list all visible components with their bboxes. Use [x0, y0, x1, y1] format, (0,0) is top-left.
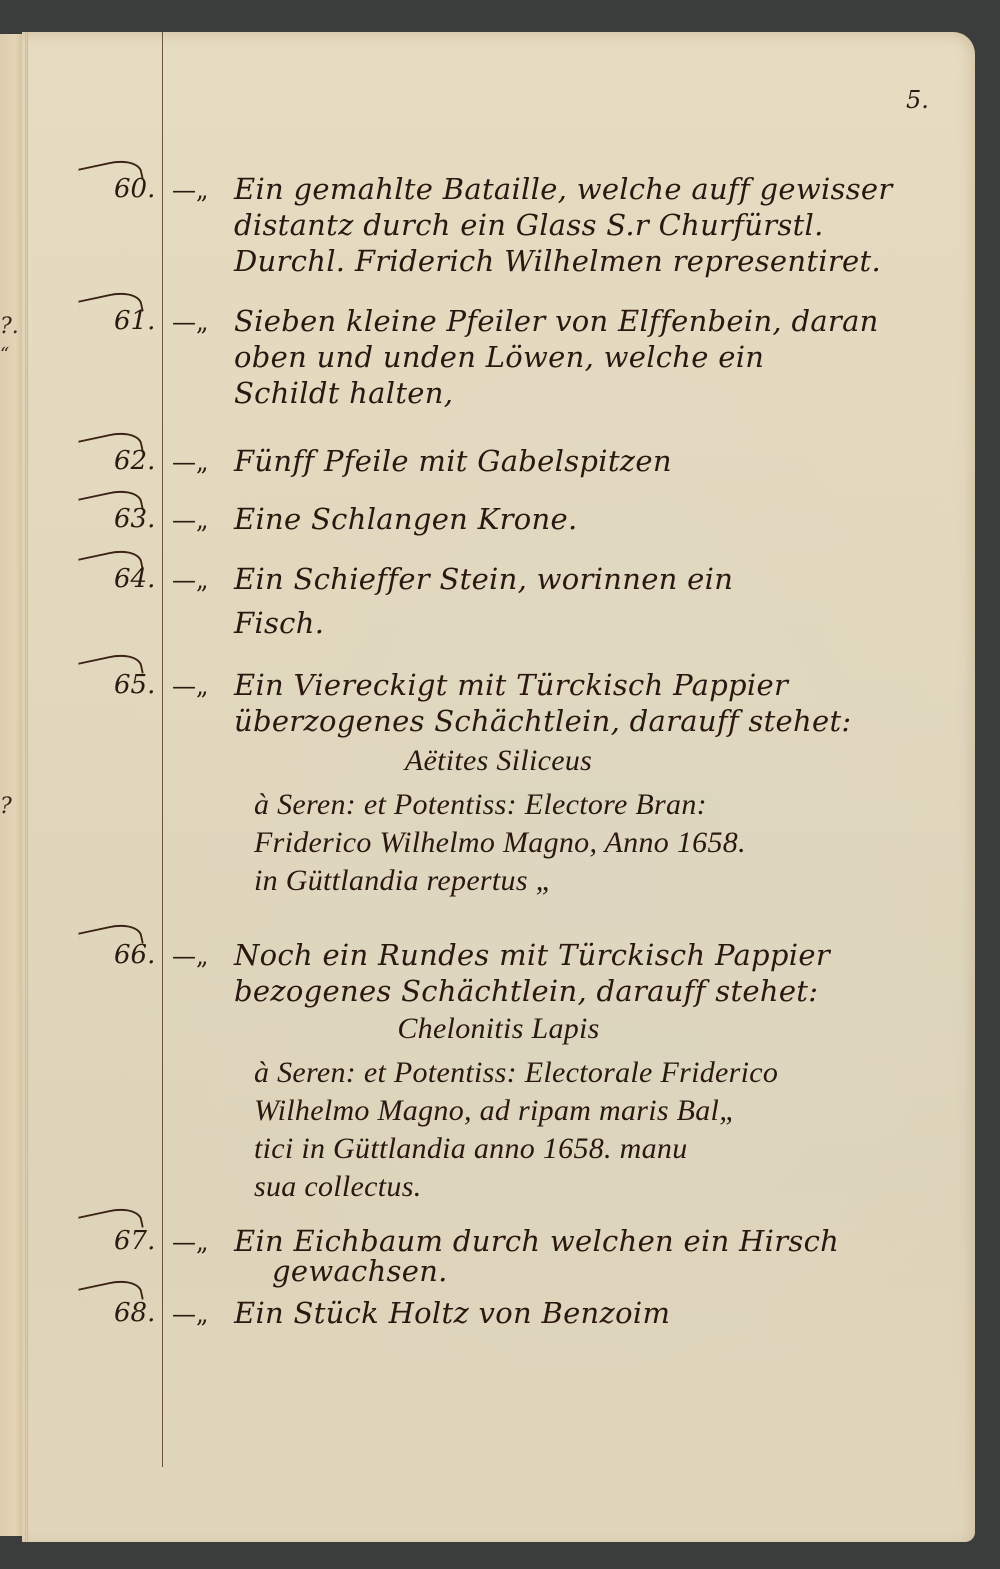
inscription-line: Friderico Wilhelmo Magno, Anno 1658. [254, 826, 746, 860]
entry-line: bezogenes Schächtlein, darauff stehet: [234, 974, 818, 1008]
entry-line: Ein Stück Holtz von Benzoim [234, 1296, 670, 1330]
entry-dash: —„ [172, 1228, 208, 1256]
entry-dash: —„ [172, 672, 208, 700]
entry-number: 68. [114, 1298, 155, 1328]
entry-line: Ein Viereckigt mit Türckisch Pappier [234, 668, 788, 702]
entry-dash: —„ [172, 308, 208, 336]
entry-number: 66. [114, 940, 155, 970]
inscription-title: Aëtites Siliceus [22, 744, 975, 778]
entry-line: Sieben kleine Pfeiler von Elffenbein, da… [234, 304, 879, 338]
inscription-title: Chelonitis Lapis [22, 1012, 975, 1046]
entry-line: distantz durch ein Glass S.r Churfürstl. [234, 208, 824, 242]
entry-line: überzogenes Schächtlein, darauff stehet: [234, 704, 851, 738]
inscription-line: in Güttlandia repertus „ [254, 864, 553, 898]
entry-line: Noch ein Rundes mit Türckisch Pappier [234, 938, 830, 972]
entry-line: Durchl. Friderich Wilhelmen representire… [234, 244, 881, 278]
entry-number: 64. [114, 564, 155, 594]
entry-line: Fisch. [234, 606, 324, 640]
entry-line: Ein Schieffer Stein, worinnen ein [234, 562, 733, 596]
inscription-line: tici in Güttlandia anno 1658. manu [254, 1132, 688, 1166]
inscription-line: Wilhelmo Magno, ad ripam maris Bal„ [254, 1094, 736, 1128]
entry-line: Ein gemahlte Bataille, welche auff gewis… [234, 172, 893, 206]
margin-mark: ?. [0, 314, 19, 339]
entry-line: Ein Eichbaum durch welchen ein Hirsch [234, 1224, 839, 1258]
entry-line: oben und unden Löwen, welche ein [234, 340, 764, 374]
inscription-line: sua collectus. [254, 1170, 422, 1204]
entry-line: gewachsen. [272, 1254, 448, 1288]
manuscript-page: 5. 60. —„ Ein gemahlte Bataille, welche … [22, 32, 975, 1542]
inscription-line: à Seren: et Potentiss: Electore Bran: [254, 788, 707, 822]
entry-number: 65. [114, 670, 155, 700]
folio-number: 5. [906, 86, 929, 114]
previous-leaf-edge: ?. “ ? [0, 34, 23, 1536]
margin-mark: ? [0, 794, 12, 819]
entry-dash: —„ [172, 448, 208, 476]
binding-fold [25, 32, 28, 1542]
entry-number: 61. [114, 306, 155, 336]
entry-line: Eine Schlangen Krone. [234, 502, 578, 536]
entry-number: 67. [114, 1226, 155, 1256]
inscription-line: à Seren: et Potentiss: Electorale Frider… [254, 1056, 778, 1090]
entry-dash: —„ [172, 942, 208, 970]
entry-dash: —„ [172, 1300, 208, 1328]
entry-dash: —„ [172, 566, 208, 594]
margin-mark: “ [0, 344, 9, 365]
entry-number: 60. [114, 174, 155, 204]
entry-dash: —„ [172, 176, 208, 204]
entry-line: Fünff Pfeile mit Gabelspitzen [234, 444, 672, 478]
entry-number: 63. [114, 504, 155, 534]
entry-line: Schildt halten, [234, 376, 453, 410]
entry-dash: —„ [172, 506, 208, 534]
entry-number: 62. [114, 446, 155, 476]
